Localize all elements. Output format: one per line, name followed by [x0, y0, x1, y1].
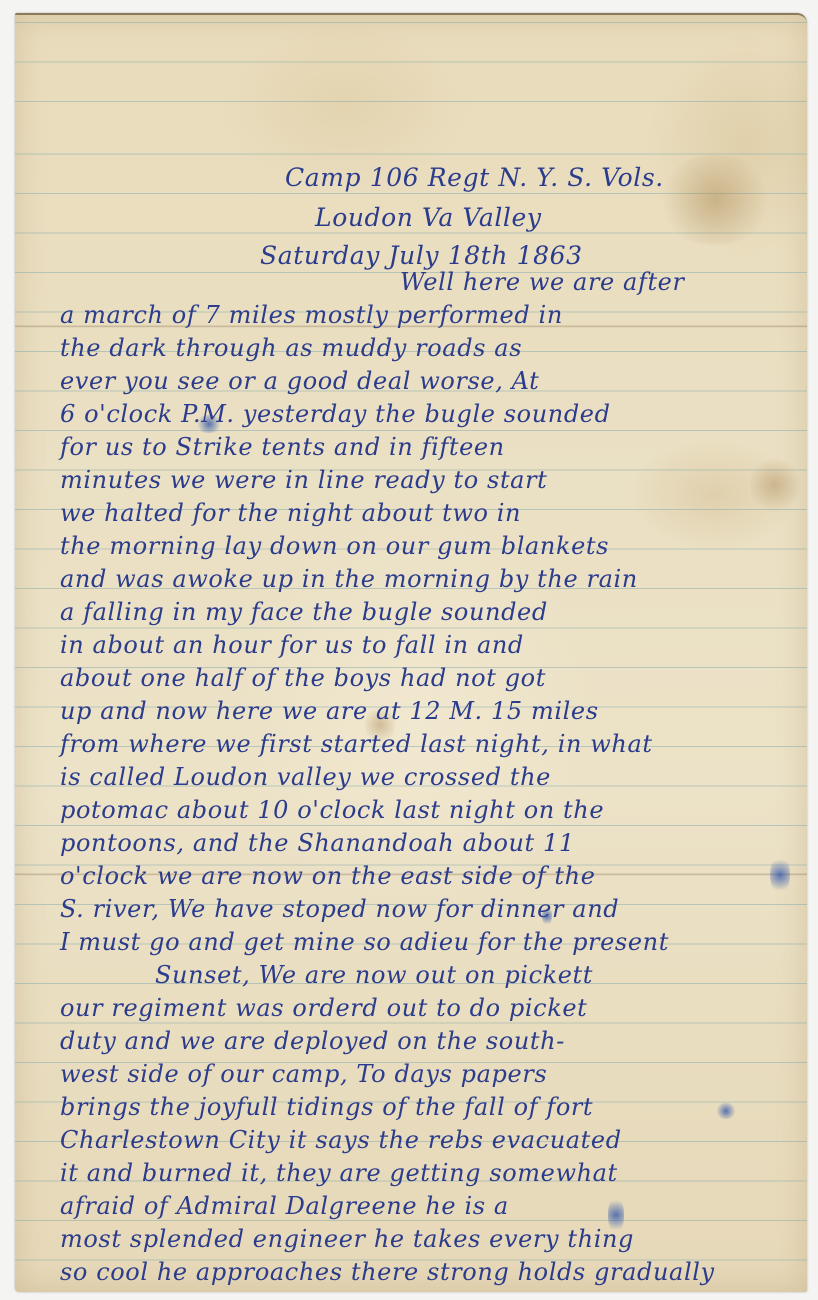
body-line: S. river, We have stoped now for dinner …	[60, 897, 619, 921]
body-line: from where we first started last night, …	[60, 732, 653, 756]
body-line: brings the joyfull tidings of the fall o…	[60, 1095, 593, 1119]
body-line: potomac about 10 o'clock last night on t…	[60, 798, 604, 822]
body-line: ever you see or a good deal worse, At	[60, 369, 539, 393]
body-line: a march of 7 miles mostly performed in	[60, 303, 563, 327]
heading-date: Saturday July 18th 1863	[260, 243, 583, 268]
body-line: a falling in my face the bugle sounded	[60, 600, 548, 624]
body-line: in about an hour for us to fall in and	[60, 633, 524, 657]
body-line: the morning lay down on our gum blankets	[60, 534, 609, 558]
body-line: so cool he approaches there strong holds…	[60, 1260, 715, 1284]
body-line: pontoons, and the Shanandoah about 11	[60, 831, 575, 855]
heading-location-line1: Camp 106 Regt N. Y. S. Vols.	[285, 165, 664, 190]
body-line: and was awoke up in the morning by the r…	[60, 567, 638, 591]
body-line: minutes we were in line ready to start	[60, 468, 547, 492]
body-line: Well here we are after	[400, 270, 685, 294]
body-line: it and burned it, they are getting somew…	[60, 1161, 618, 1185]
heading-location-line2: Loudon Va Valley	[315, 205, 542, 230]
body-line: o'clock we are now on the east side of t…	[60, 864, 596, 888]
body-line: our regiment was orderd out to do picket	[60, 996, 587, 1020]
body-line: for us to Strike tents and in fifteen	[60, 435, 505, 459]
body-line: afraid of Admiral Dalgreene he is a	[60, 1194, 509, 1218]
body-line: the dark through as muddy roads as	[60, 336, 522, 360]
body-line: Charlestown City it says the rebs evacua…	[60, 1128, 622, 1152]
letter-sheet: Camp 106 Regt N. Y. S. Vols. Loudon Va V…	[15, 13, 807, 1292]
body-line: most splended engineer he takes every th…	[60, 1227, 634, 1251]
body-line: west side of our camp, To days papers	[60, 1062, 547, 1086]
body-line: is called Loudon valley we crossed the	[60, 765, 551, 789]
body-line: 6 o'clock P.M. yesterday the bugle sound…	[60, 402, 611, 426]
body-line: up and now here we are at 12 M. 15 miles	[60, 699, 599, 723]
body-line: about one half of the boys had not got	[60, 666, 546, 690]
body-line: I must go and get mine so adieu for the …	[60, 930, 669, 954]
letter-text: Camp 106 Regt N. Y. S. Vols. Loudon Va V…	[15, 15, 807, 1292]
body-line: Sunset, We are now out on pickett	[155, 963, 593, 987]
body-line: duty and we are deployed on the south-	[60, 1029, 565, 1053]
body-line: we halted for the night about two in	[60, 501, 521, 525]
